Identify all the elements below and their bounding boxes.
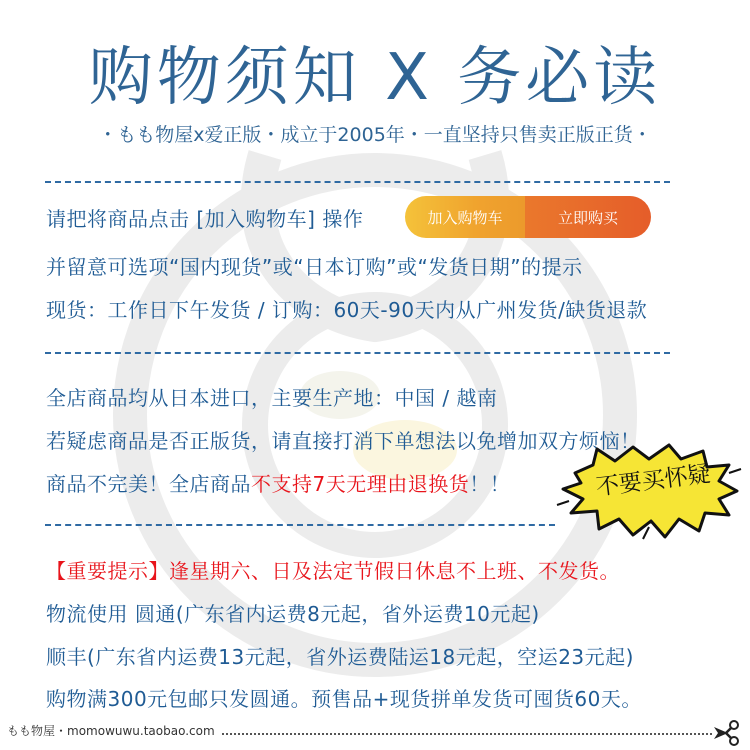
import-origin-line: 全店商品均从日本进口，主要生产地：中国 / 越南 [46,382,497,411]
option-notice-line: 并留意可选项“国内现货”或“日本订购”或“发货日期”的提示 [46,251,583,280]
shipping-time-line: 现货：工作日下午发货 / 订购：60天-90天内从广州发货/缺货退款 [46,294,647,323]
page-subtitle: ・もも物屋x爱正版・成立于2005年・一直坚持只售卖正版正货・ [0,120,750,147]
no-return-line: 商品不完美！全店商品不支持7天无理由退换货！！ [46,468,510,497]
divider [45,181,670,183]
scissors-icon [712,719,742,747]
holiday-notice: 【重要提示】逢星期六、日及法定节假日休息不上班、不发货。 [46,555,620,584]
buy-now-button[interactable]: 立即购买 [525,196,651,238]
dotted-cut-line [222,733,712,735]
authenticity-line: 若疑虑商品是否正版货，请直接打消下单想法以免增加双方烦恼！ [46,425,641,454]
divider [45,524,555,526]
yto-shipping-line: 物流使用 圆通(广东省内运费8元起，省外运费10元起) [46,598,540,627]
divider [45,352,670,354]
instruction-line: 请把将商品点击 [加入购物车] 操作 [46,203,363,232]
add-to-cart-button[interactable]: 加入购物车 [405,196,525,238]
purchase-button-group: 加入购物车 立即购买 [405,196,651,238]
shop-footer: もも物屋・momowuwu.taobao.com [7,722,215,739]
no-return-suffix: ！！ [469,472,510,496]
sf-shipping-line: 顺丰(广东省内运费13元起，省外运费陆运18元起，空运23元起) [46,641,634,670]
free-shipping-line: 购物满300元包邮只发圆通。预售品+现货拼单发货可囤货60天。 [46,683,642,712]
no-return-policy: 不支持7天无理由退换货 [251,472,469,496]
no-return-prefix: 商品不完美！全店商品 [46,472,251,496]
page-title: 购物须知 X 务必读 [0,26,750,118]
